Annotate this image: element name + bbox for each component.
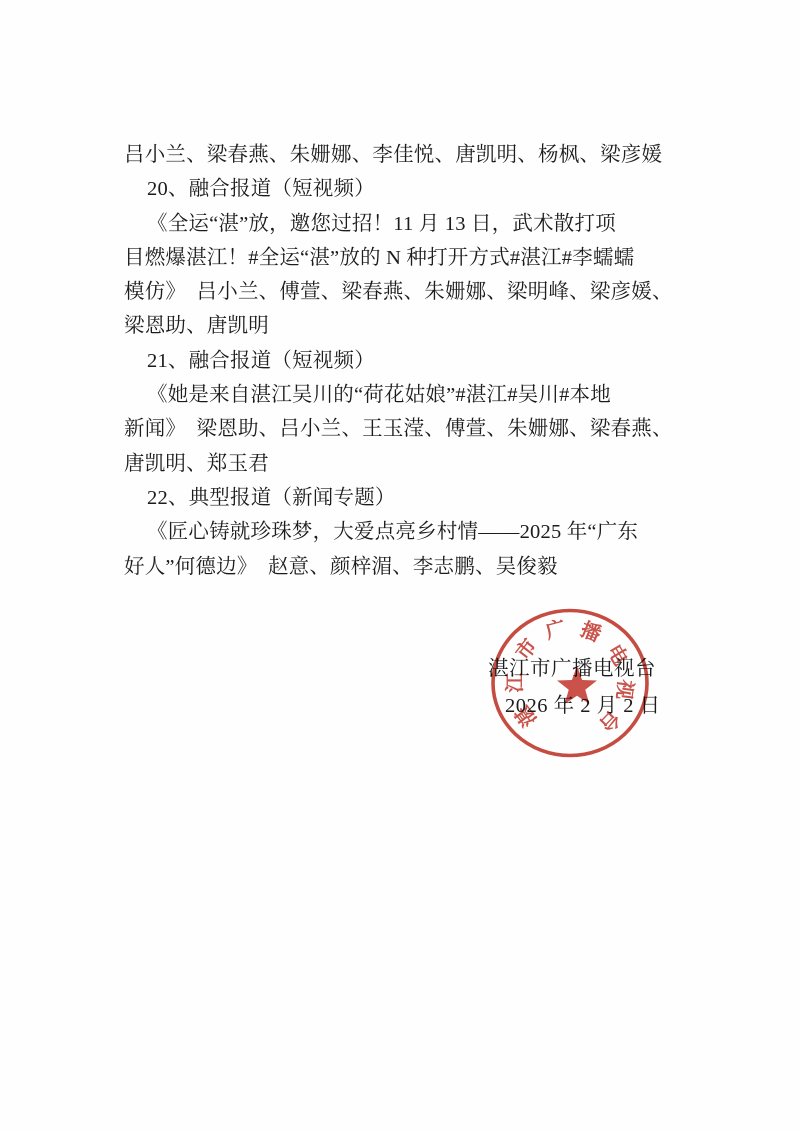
seal-char: 播 <box>577 617 605 647</box>
seal-char: 电 <box>602 640 633 669</box>
seal-star-icon <box>557 666 597 704</box>
official-seal: 湛 江 市 广 播 电 视 台 <box>483 596 657 770</box>
text-line: 20、融合报道（短视频） <box>124 172 704 206</box>
text-line: 吕小兰、梁春燕、朱姗娜、李佳悦、唐凯明、杨枫、梁彦媛 <box>124 138 704 172</box>
seal-text-ring: 湛 江 市 广 播 电 视 台 <box>504 615 638 737</box>
seal-char: 市 <box>510 634 541 664</box>
document-body-text: 吕小兰、梁春燕、朱姗娜、李佳悦、唐凯明、杨枫、梁彦媛 20、融合报道（短视频） … <box>124 138 704 584</box>
text-line: 21、融合报道（短视频） <box>124 344 704 378</box>
text-line: 新闻》 梁恩助、吕小兰、王玉滢、傅萱、朱姗娜、梁春燕、 <box>124 412 704 446</box>
text-line: 《全运“湛”放，邀您过招！11 月 13 日，武术散打项 <box>124 207 704 241</box>
seal-char: 广 <box>543 615 569 643</box>
text-line: 好人”何德边》 赵意、颜梓湄、李志鹏、吴俊毅 <box>124 550 704 584</box>
seal-char: 湛 <box>510 701 541 731</box>
text-line: 模仿》 吕小兰、傅萱、梁春燕、朱姗娜、梁明峰、梁彦媛、 <box>124 275 704 309</box>
document-page: 吕小兰、梁春燕、朱姗娜、李佳悦、唐凯明、杨枫、梁彦媛 20、融合报道（短视频） … <box>0 0 800 1131</box>
text-line: 唐凯明、郑玉君 <box>124 447 704 481</box>
text-line: 《匠心铸就珍珠梦，大爱点亮乡村情——2025 年“广东 <box>124 515 704 549</box>
text-line: 《她是来自湛江吴川的“荷花姑娘”#湛江#吴川#本地 <box>124 378 704 412</box>
seal-char: 台 <box>594 706 625 737</box>
seal-char: 江 <box>504 672 527 693</box>
official-seal-graphic: 湛 江 市 广 播 电 视 台 <box>483 596 657 770</box>
seal-char: 视 <box>612 677 637 701</box>
text-line: 梁恩助、唐凯明 <box>124 309 704 343</box>
text-line: 目燃爆湛江！#全运“湛”放的 N 种打开方式#湛江#李蠕蠕 <box>124 241 704 275</box>
text-line: 22、典型报道（新闻专题） <box>124 481 704 515</box>
